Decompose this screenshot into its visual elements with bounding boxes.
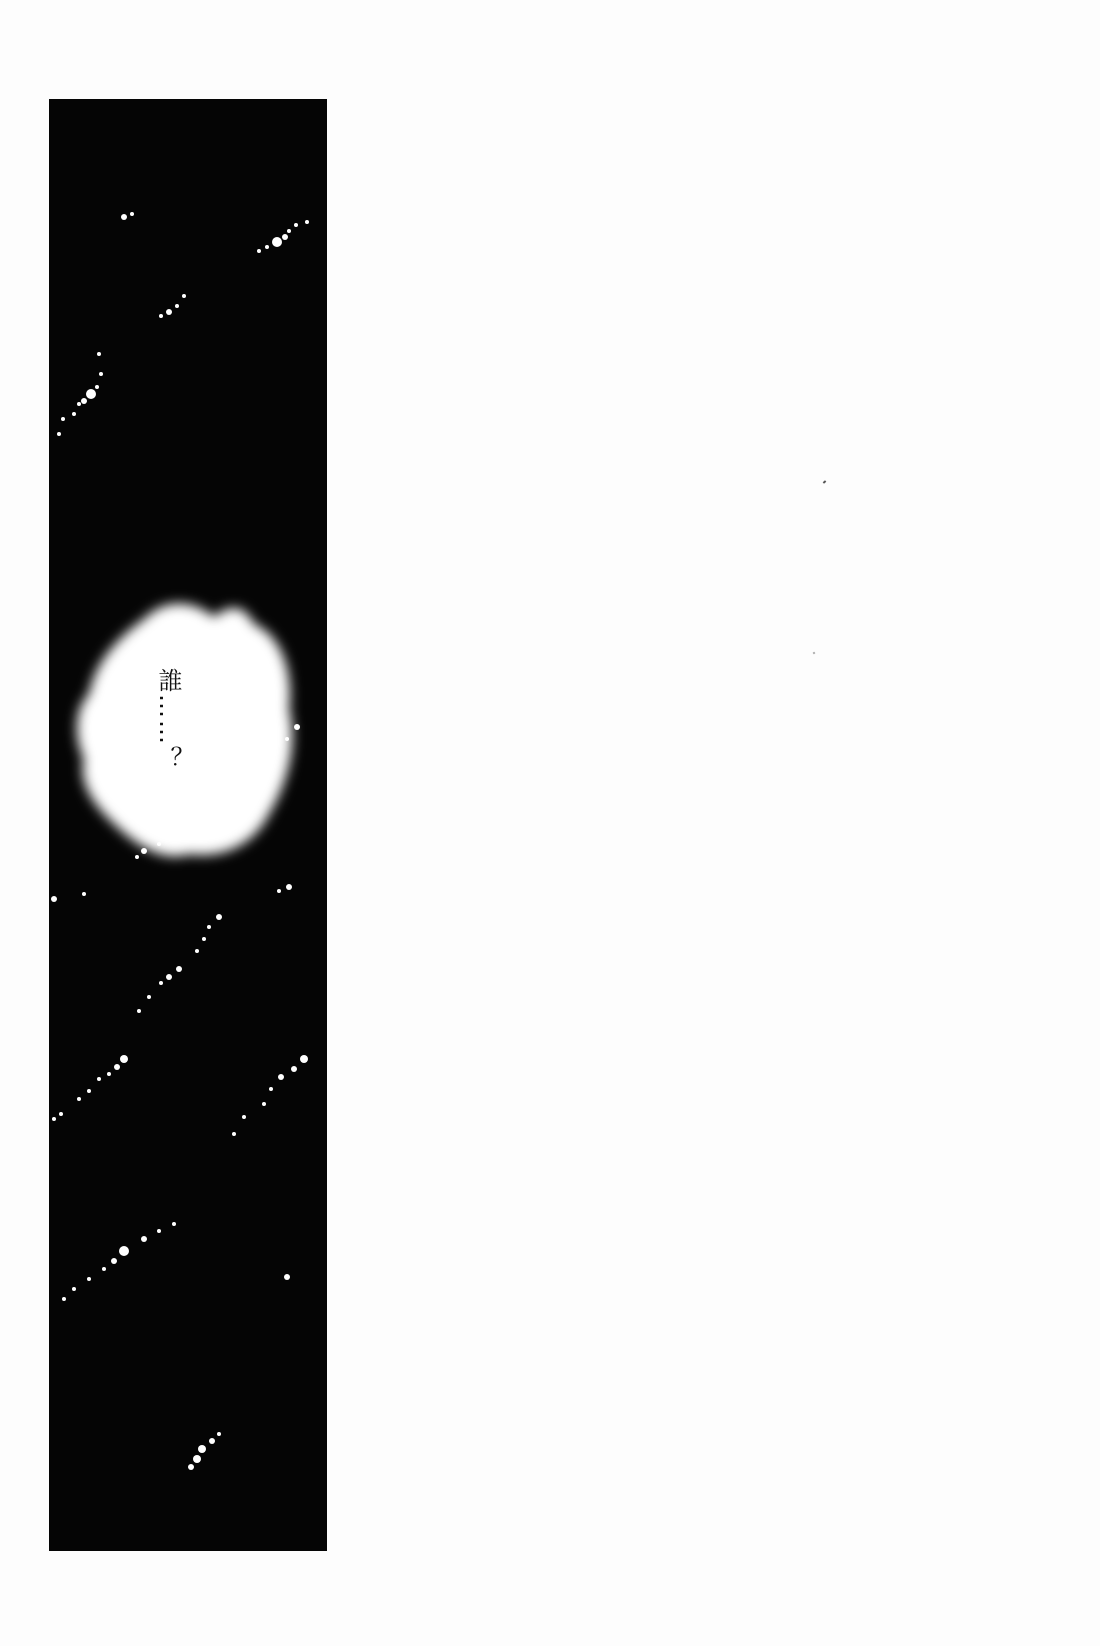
scan-speck (813, 652, 816, 655)
speech-bubble-text: 誰……？ (148, 668, 188, 772)
night-sky-panel (49, 99, 327, 1551)
scan-speck (823, 480, 827, 483)
star-streaks (49, 99, 327, 1551)
